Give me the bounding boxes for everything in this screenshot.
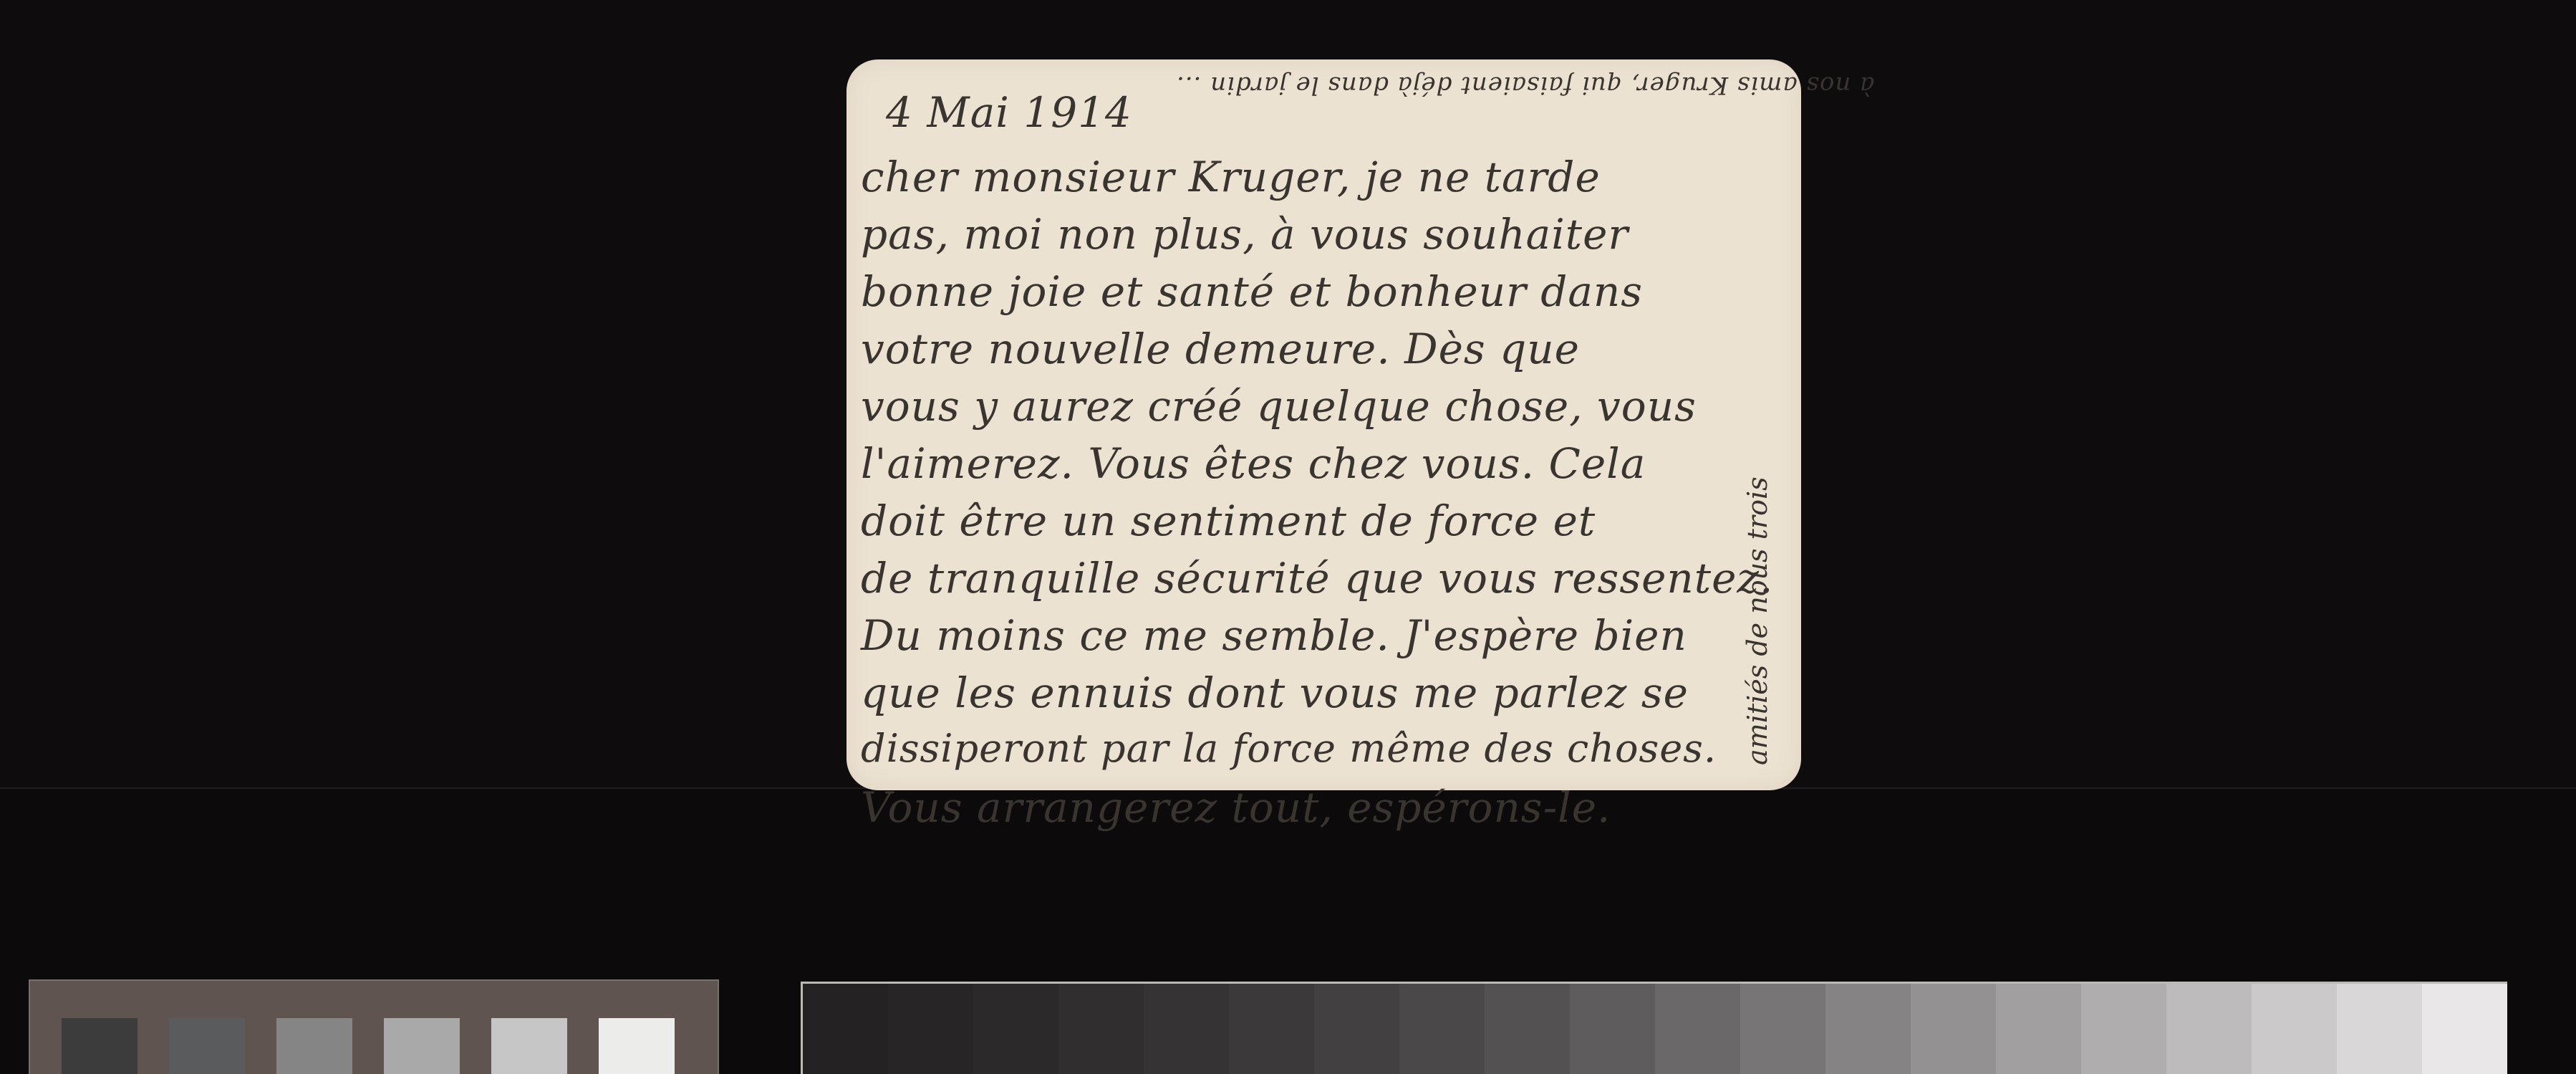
gray-step [2252,984,2337,1074]
grayscale-patch-card [29,979,719,1074]
gray-step [1655,984,1740,1074]
letter-line: que les ennuis dont vous me parlez se [861,668,1689,717]
letter-line: pas, moi non plus, à vous souhaiter [861,210,1629,259]
gray-patch [276,1018,352,1074]
letter-line: Du moins ce me semble. J'espère bien [861,611,1687,660]
letter-line: cher monsieur Kruger, je ne tarde [861,153,1601,201]
gray-patch [384,1018,460,1074]
gray-step [1911,984,1996,1074]
gray-step [1485,984,1570,1074]
letter-line: bonne joie et santé et bonheur dans [861,267,1643,316]
gray-patch [491,1018,567,1074]
gray-step [1058,984,1144,1074]
gray-step [803,984,888,1074]
gray-step [2166,984,2252,1074]
letter-line: doit être un sentiment de force et [861,497,1596,545]
gray-step [1314,984,1399,1074]
gray-patch [599,1018,675,1074]
gray-step [1740,984,1825,1074]
gray-step [973,984,1058,1074]
side-note-vertical: amitiés de nous trois [1742,476,1773,765]
letter-line: votre nouvelle demeure. Dès que [861,325,1580,373]
letter-line: l'aimerez. Vous êtes chez vous. Cela [861,439,1646,488]
letter-line: Vous arrangerez tout, espérons-le. [861,783,1611,832]
gray-step [1825,984,1911,1074]
gray-step [2081,984,2166,1074]
gray-step [1399,984,1485,1074]
gray-patch [62,1018,138,1074]
gray-step [1570,984,1655,1074]
gray-step [888,984,973,1074]
gray-step [2422,984,2507,1074]
gray-step [2337,984,2422,1074]
gray-step [1996,984,2081,1074]
gray-step [1229,984,1314,1074]
inverted-postscript: à nos amis Kruger, qui faisaient déjà da… [1176,69,1874,101]
letter-line: dissiperont par la force même des choses… [861,726,1717,771]
letter-line: vous y aurez créé quelque chose, vous [861,382,1697,431]
letter-line: de tranquille sécurité que vous ressente… [861,554,1773,603]
letter-date: 4 Mai 1914 [886,88,1132,137]
gray-patch [169,1018,245,1074]
gray-step [1144,984,1229,1074]
grayscale-step-wedge [801,982,2507,1074]
letter-card: 4 Mai 1914 à nos amis Kruger, qui faisai… [846,59,1801,790]
